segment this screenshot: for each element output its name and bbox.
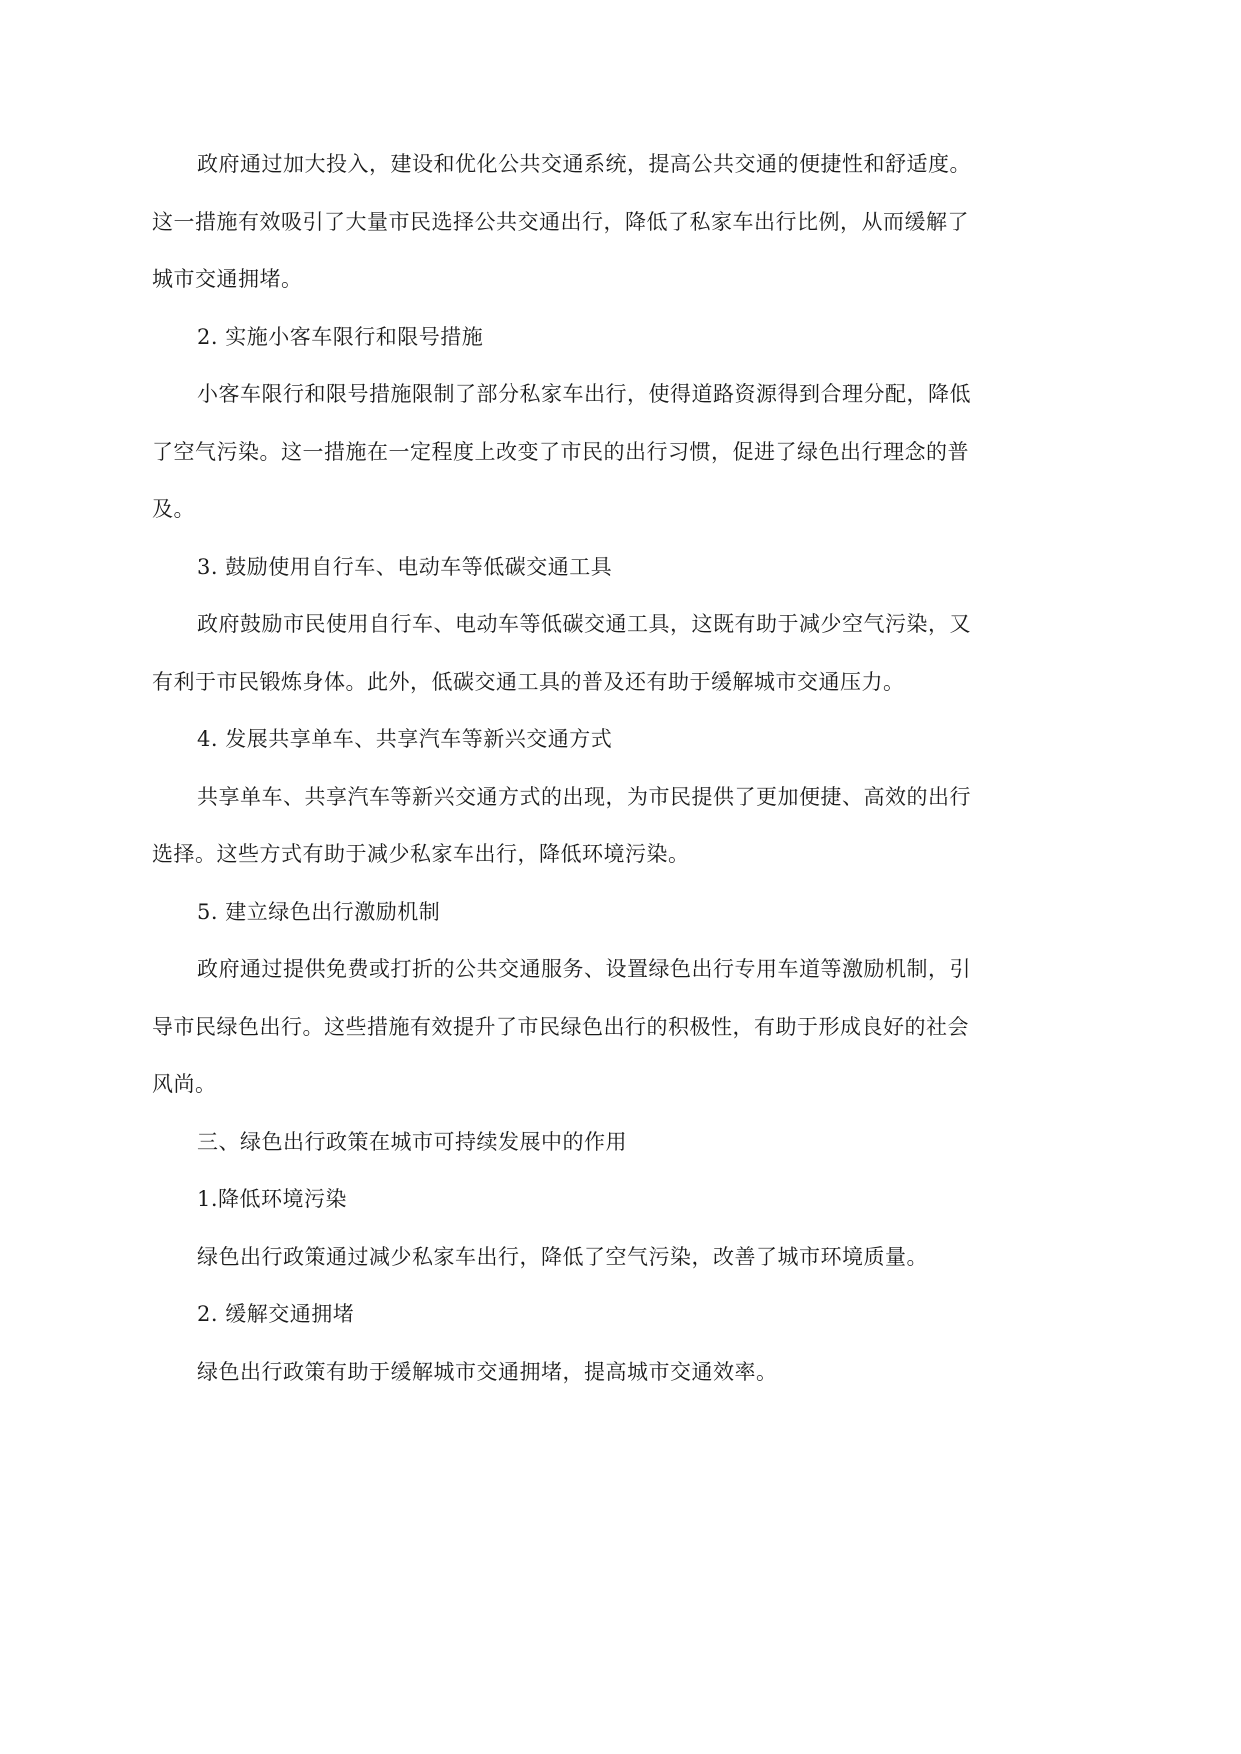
paragraph-line: 共享单车、共享汽车等新兴交通方式的出现，为市民提供了更加便捷、高效的出行 (152, 769, 1097, 827)
subheading-reduce-pollution: 1.降低环境污染 (152, 1171, 1097, 1229)
paragraph-public-transport: 政府通过加大投入，建设和优化公共交通系统，提高公共交通的便捷性和舒适度。 这一措… (152, 136, 1097, 309)
paragraph-line: 政府通过加大投入，建设和优化公共交通系统，提高公共交通的便捷性和舒适度。 (152, 136, 1097, 194)
subheading-ease-congestion: 2. 缓解交通拥堵 (152, 1286, 1097, 1344)
paragraph-line: 风尚。 (152, 1056, 1097, 1114)
paragraph-line: 这一措施有效吸引了大量市民选择公共交通出行，降低了私家车出行比例，从而缓解了 (152, 194, 1097, 252)
subheading-shared-mobility: 4. 发展共享单车、共享汽车等新兴交通方式 (152, 711, 1097, 769)
paragraph-line: 导市民绿色出行。这些措施有效提升了市民绿色出行的积极性，有助于形成良好的社会 (152, 999, 1097, 1057)
paragraph-low-carbon-vehicles: 政府鼓励市民使用自行车、电动车等低碳交通工具，这既有助于减少空气污染，又 有利于… (152, 596, 1097, 711)
subheading-vehicle-restriction: 2. 实施小客车限行和限号措施 (152, 309, 1097, 367)
paragraph-line: 政府通过提供免费或打折的公共交通服务、设置绿色出行专用车道等激励机制，引 (152, 941, 1097, 999)
subheading-incentive-mechanism: 5. 建立绿色出行激励机制 (152, 884, 1097, 942)
paragraph-line: 及。 (152, 481, 1097, 539)
paragraph-line: 绿色出行政策通过减少私家车出行，降低了空气污染，改善了城市环境质量。 (152, 1229, 1097, 1287)
paragraph-line: 有利于市民锻炼身体。此外，低碳交通工具的普及还有助于缓解城市交通压力。 (152, 654, 1097, 712)
subheading-low-carbon-vehicles: 3. 鼓励使用自行车、电动车等低碳交通工具 (152, 539, 1097, 597)
paragraph-line: 了空气污染。这一措施在一定程度上改变了市民的出行习惯，促进了绿色出行理念的普 (152, 424, 1097, 482)
paragraph-line: 政府鼓励市民使用自行车、电动车等低碳交通工具，这既有助于减少空气污染，又 (152, 596, 1097, 654)
section-heading-role-in-sustainability: 三、绿色出行政策在城市可持续发展中的作用 (152, 1114, 1097, 1172)
paragraph-line: 城市交通拥堵。 (152, 251, 1097, 309)
paragraph-reduce-pollution: 绿色出行政策通过减少私家车出行，降低了空气污染，改善了城市环境质量。 (152, 1229, 1097, 1287)
document-page: 政府通过加大投入，建设和优化公共交通系统，提高公共交通的便捷性和舒适度。 这一措… (152, 136, 1097, 1401)
paragraph-incentive-mechanism: 政府通过提供免费或打折的公共交通服务、设置绿色出行专用车道等激励机制，引 导市民… (152, 941, 1097, 1114)
paragraph-line: 选择。这些方式有助于减少私家车出行，降低环境污染。 (152, 826, 1097, 884)
paragraph-line: 绿色出行政策有助于缓解城市交通拥堵，提高城市交通效率。 (152, 1344, 1097, 1402)
paragraph-ease-congestion: 绿色出行政策有助于缓解城市交通拥堵，提高城市交通效率。 (152, 1344, 1097, 1402)
paragraph-line: 小客车限行和限号措施限制了部分私家车出行，使得道路资源得到合理分配，降低 (152, 366, 1097, 424)
paragraph-shared-mobility: 共享单车、共享汽车等新兴交通方式的出现，为市民提供了更加便捷、高效的出行 选择。… (152, 769, 1097, 884)
paragraph-vehicle-restriction: 小客车限行和限号措施限制了部分私家车出行，使得道路资源得到合理分配，降低 了空气… (152, 366, 1097, 539)
